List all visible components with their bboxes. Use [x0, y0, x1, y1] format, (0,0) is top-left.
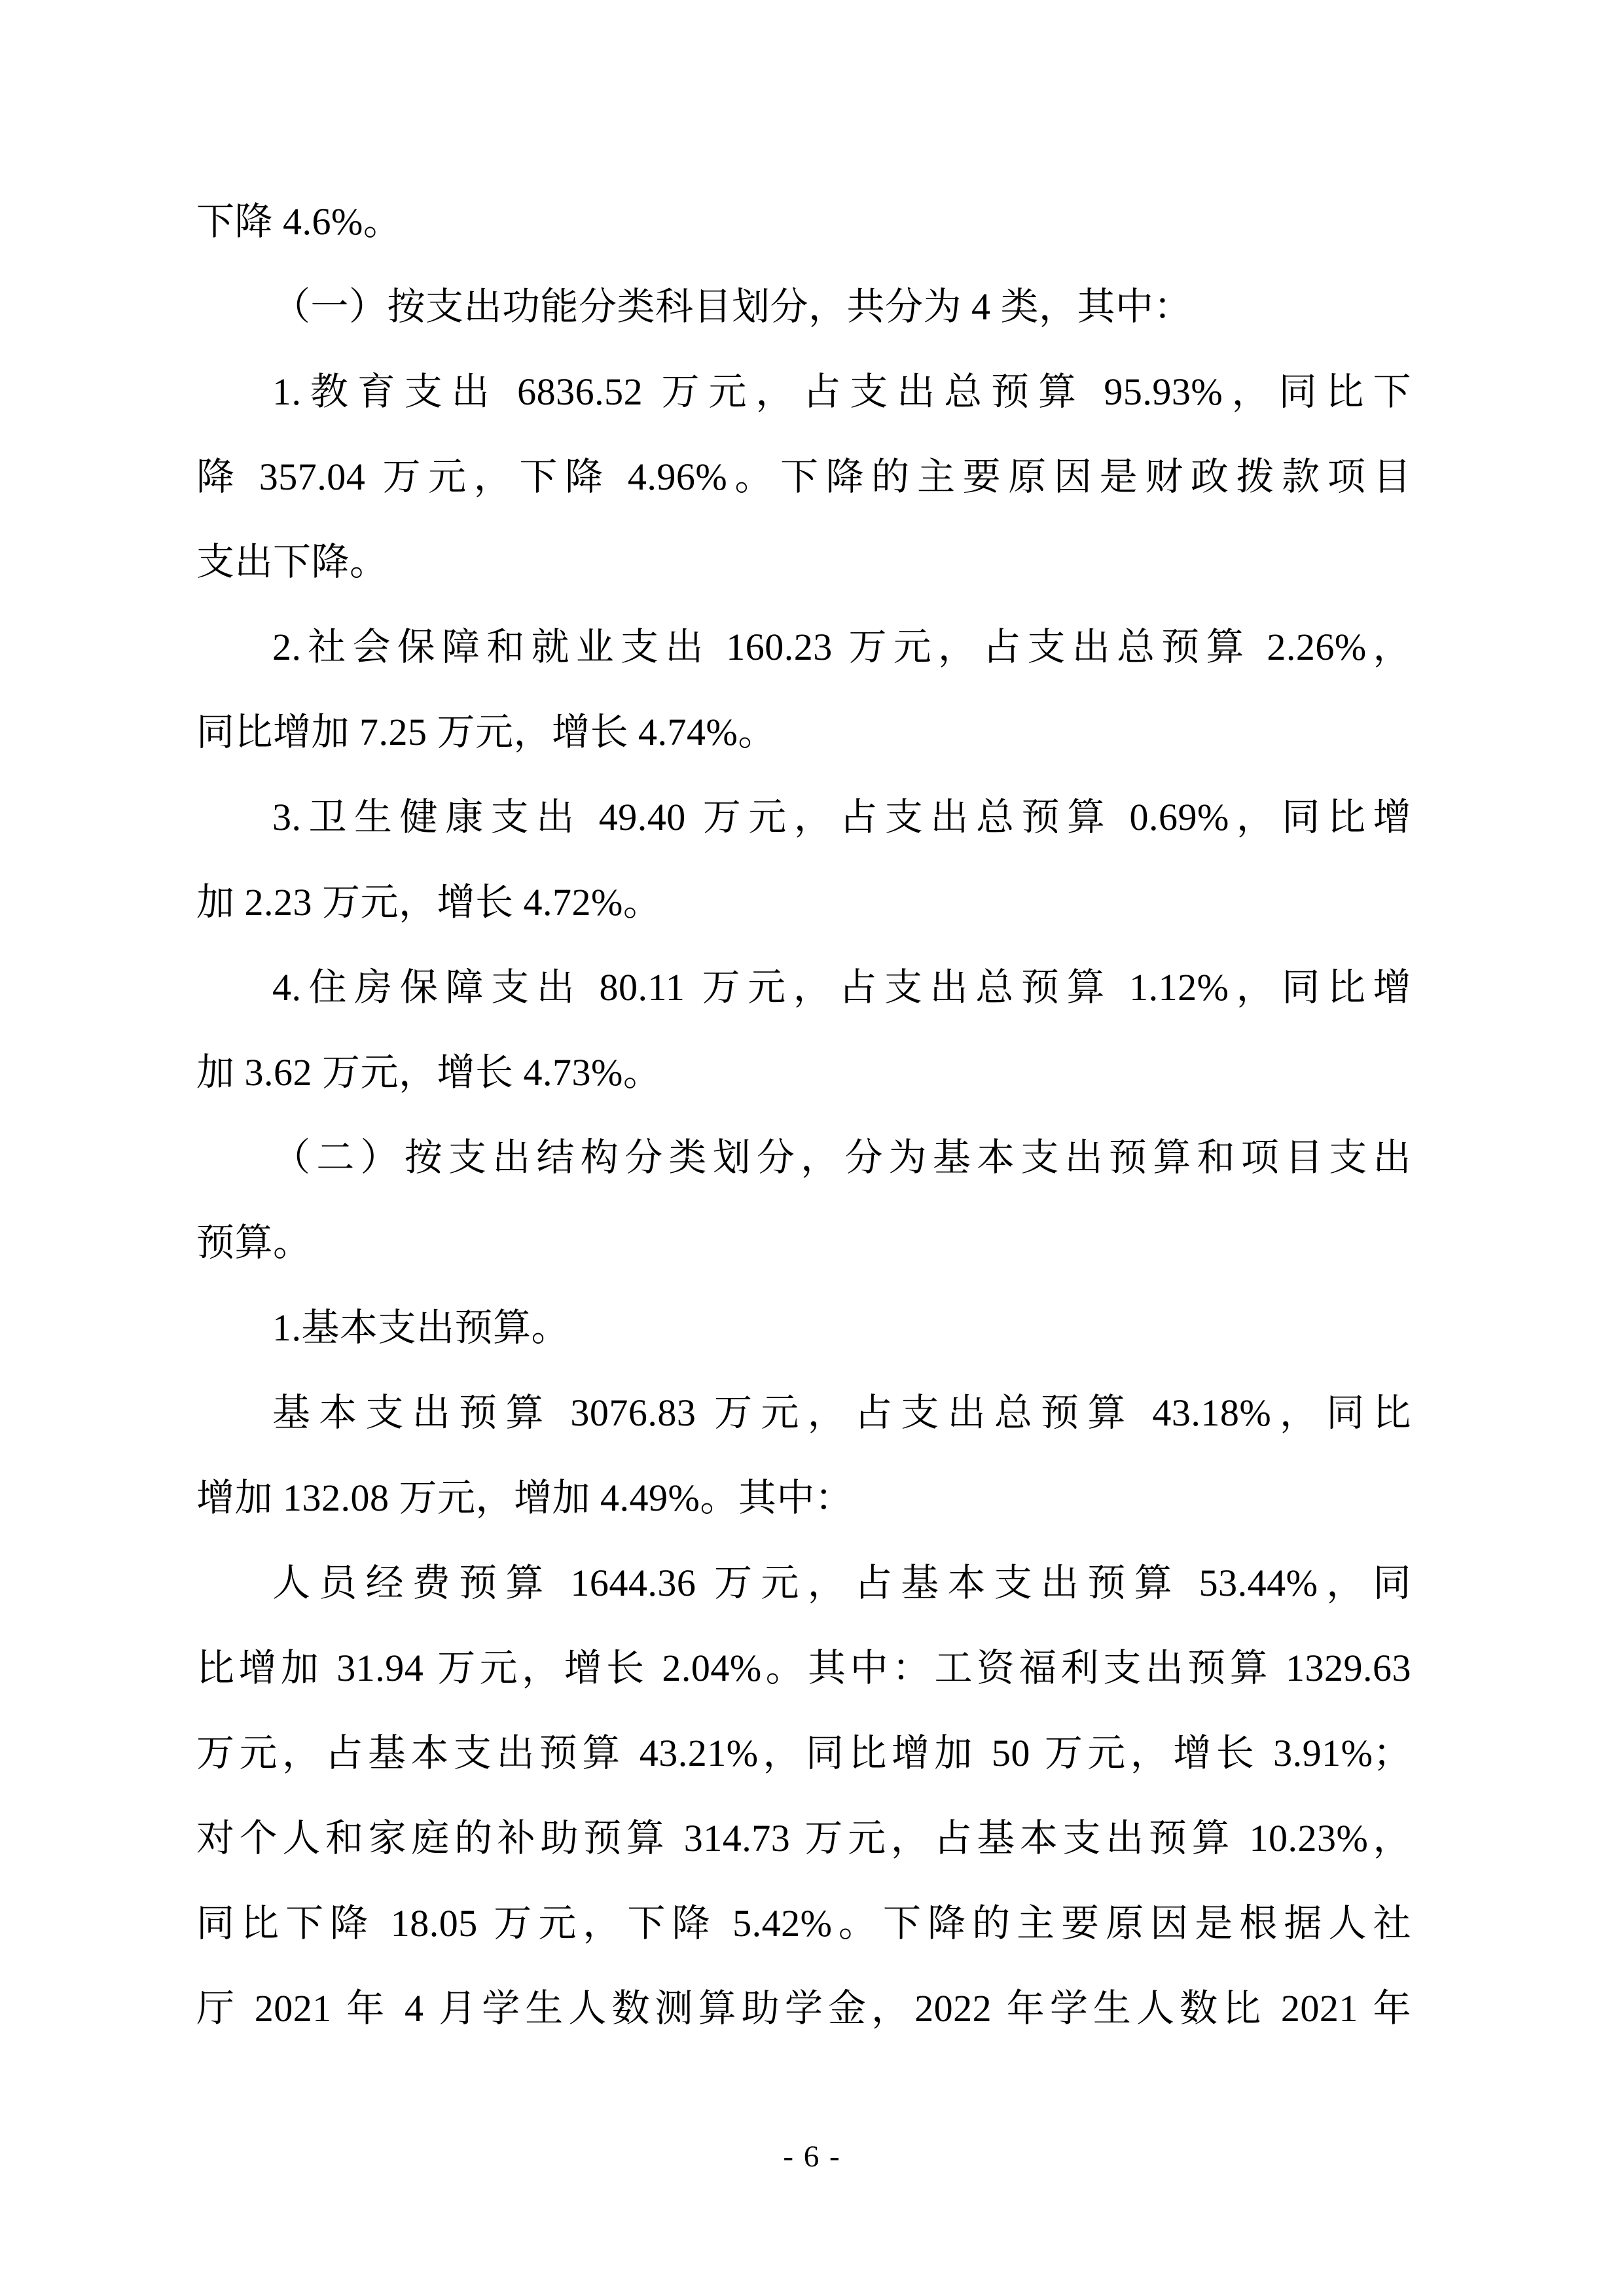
paragraph-5-line-2: 加 2.23 万元，增长 4.72%。 — [196, 860, 1411, 945]
paragraph-9-line-2: 增加 132.08 万元，增加 4.49%。其中： — [196, 1456, 1411, 1541]
paragraph-3-line-3: 支出下降。 — [196, 520, 1411, 605]
paragraph-8-line-1: 1.基本支出预算。 — [196, 1285, 1411, 1371]
paragraph-2-line-1: （一）按支出功能分类科目划分，共分为 4 类，其中： — [196, 264, 1411, 350]
page-footer: - 6 - — [0, 2126, 1624, 2188]
paragraph-3-line-1: 1.教育支出 6836.52 万元，占支出总预算 95.93%，同比下 — [196, 350, 1411, 435]
paragraph-6-line-2: 加 3.62 万元，增长 4.73%。 — [196, 1030, 1411, 1115]
paragraph-4-line-1: 2.社会保障和就业支出 160.23 万元，占支出总预算 2.26%， — [196, 605, 1411, 690]
paragraph-10-line-5: 同比下降 18.05 万元，下降 5.42%。下降的主要原因是根据人社 — [196, 1881, 1411, 1966]
paragraph-10-line-3: 万元，占基本支出预算 43.21%，同比增加 50 万元，增长 3.91%； — [196, 1711, 1411, 1796]
paragraph-10-line-2: 比增加 31.94 万元，增长 2.04%。其中：工资福利支出预算 1329.6… — [196, 1626, 1411, 1711]
paragraph-3-line-2: 降 357.04 万元，下降 4.96%。下降的主要原因是财政拨款项目 — [196, 435, 1411, 520]
paragraph-5-line-1: 3.卫生健康支出 49.40 万元，占支出总预算 0.69%，同比增 — [196, 775, 1411, 860]
paragraph-1-line-1: 下降 4.6%。 — [196, 179, 1411, 264]
page-number: - 6 - — [783, 2140, 840, 2174]
paragraph-9-line-1: 基本支出预算 3076.83 万元，占支出总预算 43.18%，同比 — [196, 1371, 1411, 1456]
paragraph-7-line-1: （二）按支出结构分类划分，分为基本支出预算和项目支出 — [196, 1115, 1411, 1200]
document-page: 下降 4.6%。（一）按支出功能分类科目划分，共分为 4 类，其中：1.教育支出… — [0, 0, 1624, 2296]
paragraph-10-line-6: 厅 2021 年 4 月学生人数测算助学金，2022 年学生人数比 2021 年 — [196, 1966, 1411, 2051]
paragraph-7-line-2: 预算。 — [196, 1200, 1411, 1285]
paragraph-4-line-2: 同比增加 7.25 万元，增长 4.74%。 — [196, 690, 1411, 775]
paragraph-6-line-1: 4.住房保障支出 80.11 万元，占支出总预算 1.12%，同比增 — [196, 945, 1411, 1030]
paragraph-10-line-1: 人员经费预算 1644.36 万元，占基本支出预算 53.44%，同 — [196, 1541, 1411, 1626]
text-block: 下降 4.6%。（一）按支出功能分类科目划分，共分为 4 类，其中：1.教育支出… — [196, 179, 1411, 2051]
paragraph-10-line-4: 对个人和家庭的补助预算 314.73 万元，占基本支出预算 10.23%， — [196, 1796, 1411, 1881]
